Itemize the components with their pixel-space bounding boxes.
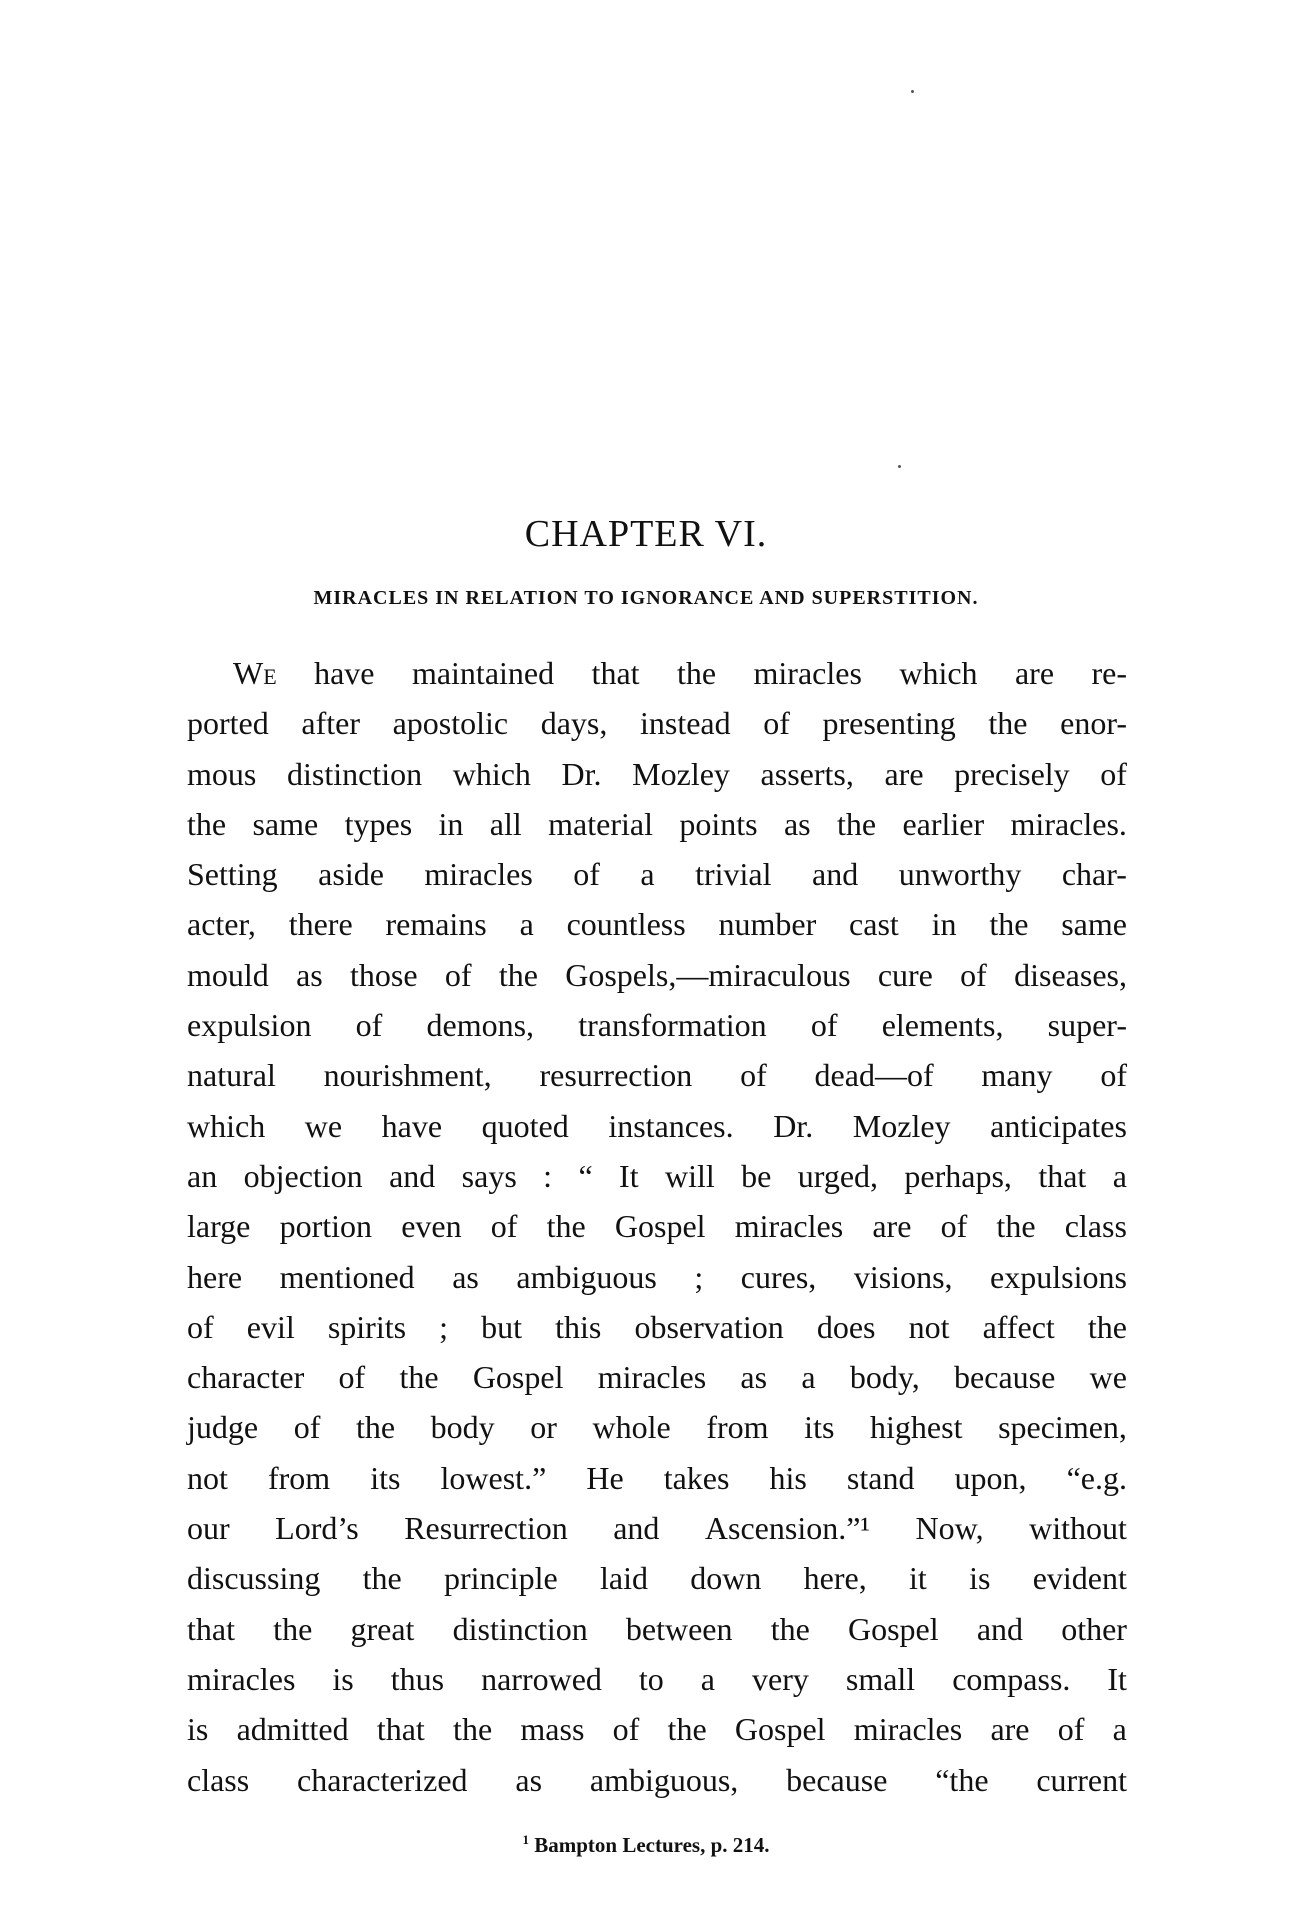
- text-line: judgeofthebodyorwholefromitshighestspeci…: [187, 1402, 1127, 1452]
- body-paragraph: Wehavemaintainedthatthemiracleswhicharer…: [187, 648, 1127, 1805]
- text-line: mousdistinctionwhichDr.Mozleyasserts,are…: [187, 749, 1127, 799]
- footnote-marker: 1: [522, 1832, 529, 1847]
- text-line: expulsionofdemons,transformationofelemen…: [187, 1000, 1127, 1050]
- text-line: herementionedasambiguous;cures,visions,e…: [187, 1252, 1127, 1302]
- text-line: classcharacterizedasambiguous,because“th…: [187, 1755, 1127, 1805]
- footnote-text: Bampton Lectures, p. 214.: [534, 1833, 769, 1857]
- text-line: thatthegreatdistinctionbetweentheGospela…: [187, 1604, 1127, 1654]
- text-line: mouldasthoseoftheGospels,—miraculouscure…: [187, 950, 1127, 1000]
- chapter-subtitle: MIRACLES IN RELATION TO IGNORANCE AND SU…: [0, 587, 1292, 610]
- scan-speck: [898, 465, 901, 468]
- text-line: Wehavemaintainedthatthemiracleswhicharer…: [187, 648, 1127, 698]
- drop-word: We: [233, 648, 277, 698]
- text-line: anobjectionandsays:“Itwillbeurged,perhap…: [187, 1151, 1127, 1201]
- chapter-heading: CHAPTER VI.: [0, 512, 1292, 556]
- text-line: miraclesisthusnarrowedtoaverysmallcompas…: [187, 1654, 1127, 1704]
- footnote: 1 Bampton Lectures, p. 214.: [0, 1832, 1292, 1858]
- text-line: whichwehavequotedinstances.Dr.Mozleyanti…: [187, 1101, 1127, 1151]
- text-line: notfromitslowest.”Hetakeshisstandupon,“e…: [187, 1453, 1127, 1503]
- text-line: portedafterapostolicdays,insteadofpresen…: [187, 698, 1127, 748]
- text-line: acter,thereremainsacountlessnumbercastin…: [187, 899, 1127, 949]
- text-line: ofevilspirits;butthisobservationdoesnota…: [187, 1302, 1127, 1352]
- text-line: largeportionevenoftheGospelmiraclesareof…: [187, 1201, 1127, 1251]
- text-line: discussingtheprinciplelaiddownhere,itise…: [187, 1553, 1127, 1603]
- text-line: naturalnourishment,resurrectionofdead—of…: [187, 1050, 1127, 1100]
- text-line: thesametypesinallmaterialpointsastheearl…: [187, 799, 1127, 849]
- text-line: ourLord’sResurrectionandAscension.”¹Now,…: [187, 1503, 1127, 1553]
- text-line: isadmittedthatthemassoftheGospelmiracles…: [187, 1704, 1127, 1754]
- scan-speck: [911, 90, 914, 93]
- text-line: Settingasidemiraclesofatrivialandunworth…: [187, 849, 1127, 899]
- text-line: characteroftheGospelmiraclesasabody,beca…: [187, 1352, 1127, 1402]
